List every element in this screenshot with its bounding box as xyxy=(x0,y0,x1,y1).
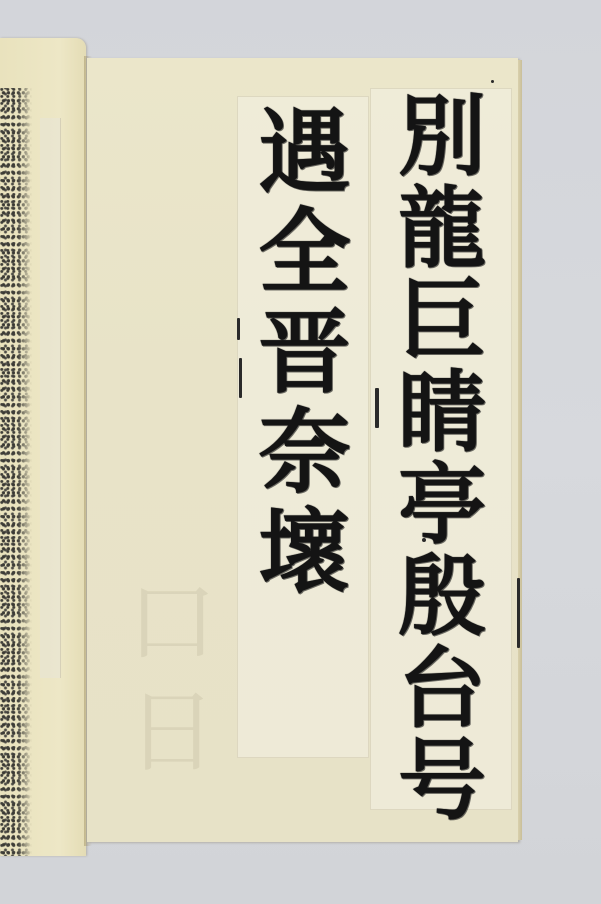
ink-speck xyxy=(237,318,240,340)
calligraphy-character: 亭 xyxy=(398,460,486,548)
calligraphy-character: 全 xyxy=(258,206,350,298)
calligraphy-character: 睛 xyxy=(398,368,486,456)
calligraphy-character: 龍 xyxy=(398,184,486,272)
ink-speck xyxy=(517,578,520,648)
ink-speck xyxy=(491,80,494,83)
ghost-bleedthrough: 口 xyxy=(127,578,217,668)
left-paper-patch xyxy=(40,118,61,678)
right-page: 口 日 別 龍 巨 睛 亭 殷 台 号 遇 全 晋 奈 壞 xyxy=(87,58,518,842)
calligraphy-column-left: 遇 全 晋 奈 壞 xyxy=(247,106,362,606)
calligraphy-character: 殷 xyxy=(398,552,486,640)
left-rubbing-fragment xyxy=(0,88,32,856)
calligraphy-character: 晋 xyxy=(258,306,350,398)
ink-speck xyxy=(375,388,379,428)
ink-speck xyxy=(239,358,242,398)
calligraphy-character: 巨 xyxy=(398,276,486,364)
calligraphy-character: 別 xyxy=(398,92,486,180)
calligraphy-column-right: 別 龍 巨 睛 亭 殷 台 号 xyxy=(377,92,507,828)
ink-speck xyxy=(422,538,426,542)
right-page-edge xyxy=(518,60,522,840)
left-page xyxy=(0,38,86,856)
ghost-bleedthrough: 日 xyxy=(127,688,217,778)
calligraphy-character: 壞 xyxy=(258,506,350,598)
calligraphy-character: 奈 xyxy=(258,406,350,498)
calligraphy-character: 台 xyxy=(398,644,486,732)
calligraphy-character: 号 xyxy=(398,736,486,824)
calligraphy-character: 遇 xyxy=(258,106,350,198)
